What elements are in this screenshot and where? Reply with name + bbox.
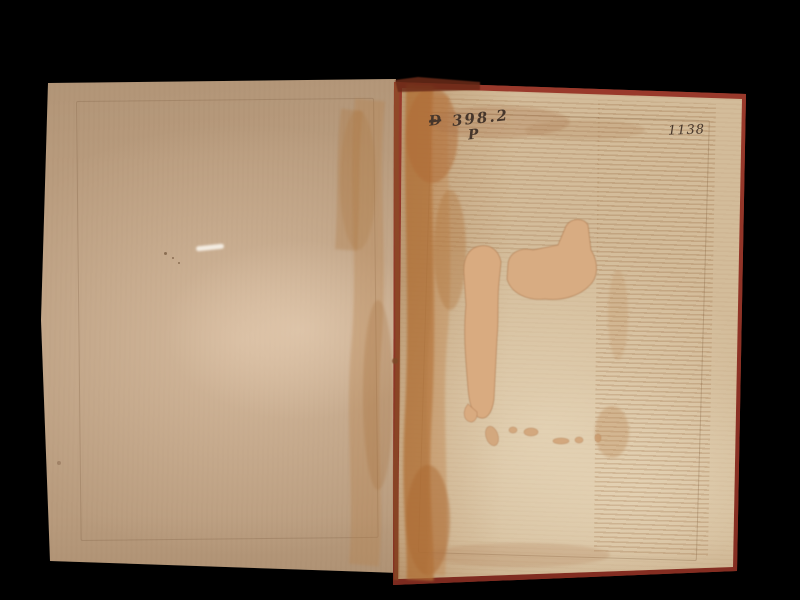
brown-smudge <box>608 270 628 360</box>
brown-smudge <box>595 406 629 458</box>
accession-number-handwriting: 1138 <box>668 122 706 138</box>
bottom-band-smudge <box>430 543 610 567</box>
torn-speck <box>553 438 569 444</box>
torn-speck <box>575 437 583 443</box>
cancel-mark-handwriting: Đ <box>428 112 442 129</box>
torn-speck <box>483 425 501 448</box>
torn-speck <box>524 428 538 436</box>
torn-patch-group <box>464 219 601 447</box>
torn-patch-strip <box>464 246 501 418</box>
photo-stage: Đ 398.2 P 1138 <box>0 0 800 600</box>
open-book-photo: Đ 398.2 P 1138 <box>0 0 800 600</box>
torn-speck <box>509 427 517 433</box>
right-page-smudge-group <box>430 106 645 567</box>
torn-patch-art <box>0 0 800 600</box>
torn-patch-blob <box>507 219 597 299</box>
top-band-smudge <box>525 120 645 140</box>
author-letter-handwriting: P <box>467 127 479 144</box>
